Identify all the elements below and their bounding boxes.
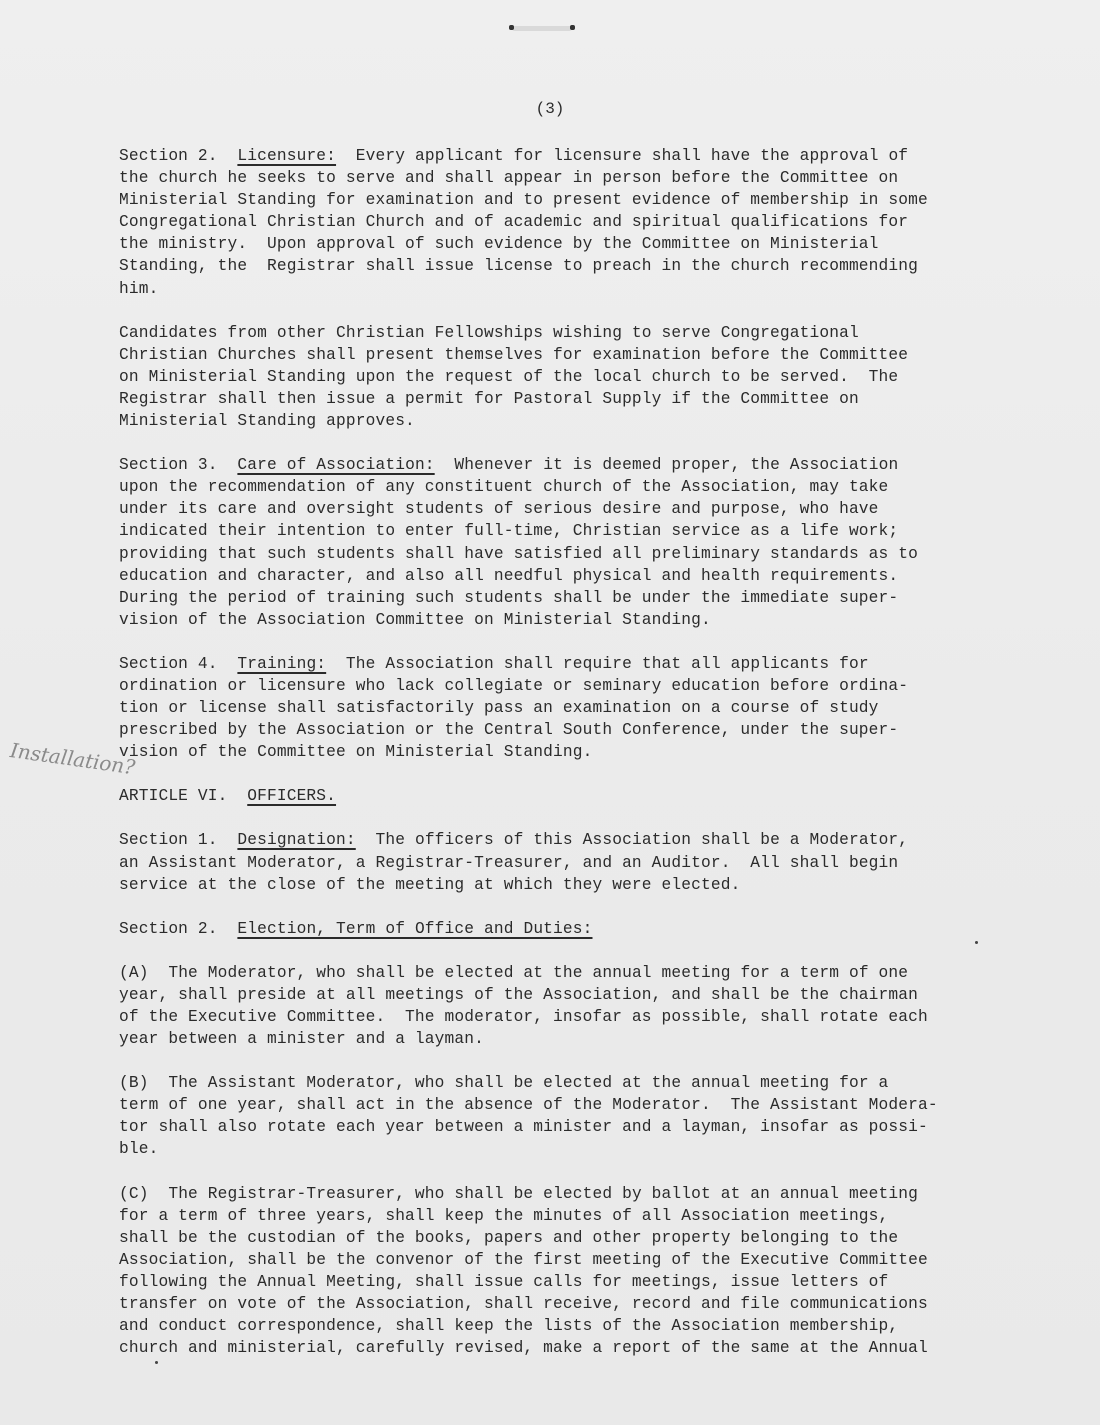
text-line: indicated their intention to enter full-… [119,520,1039,542]
text-line-content: Every applicant for licensure shall have… [356,147,908,165]
text-line: year between a minister and a layman. [119,1028,1039,1050]
text-line: year, shall preside at all meetings of t… [119,984,1039,1006]
text-line: Christian Churches shall present themsel… [119,344,1039,366]
text-line: of the Executive Committee. The moderato… [119,1006,1039,1028]
text-line: ble. [119,1138,1039,1160]
text-line-content: term of one year, shall act in the absen… [119,1096,938,1114]
text-line: (B) The Assistant Moderator, who shall b… [119,1072,1039,1094]
text-line-content: year, shall preside at all meetings of t… [119,986,918,1004]
section-paragraph: (C) The Registrar-Treasurer, who shall b… [119,1183,1039,1360]
text-line-content: Registrar shall then issue a permit for … [119,390,859,408]
text-line: Registrar shall then issue a permit for … [119,388,1039,410]
text-line: ordination or licensure who lack collegi… [119,675,1039,697]
text-line: transfer on vote of the Association, sha… [119,1293,1039,1315]
text-line-content: year between a minister and a layman. [119,1030,484,1048]
text-line-content: Ministerial Standing for examination and… [119,191,928,209]
document-page: (3) Section 2. Licensure: Every applican… [0,0,1100,1425]
speck [975,941,978,944]
text-line-content: Congregational Christian Church and of a… [119,213,908,231]
text-line: Ministerial Standing approves. [119,410,1039,432]
article-heading: ARTICLE VI. OFFICERS. [119,785,1039,807]
section-label: (C) [119,1185,149,1203]
section-paragraph: Section 4. Training: The Association sha… [119,653,1039,763]
text-line-content: vision of the Association Committee on M… [119,611,711,629]
text-line: vision of the Association Committee on M… [119,609,1039,631]
section-label: (A) [119,964,149,982]
section-paragraph: Candidates from other Christian Fellowsh… [119,322,1039,432]
text-line-content: indicated their intention to enter full-… [119,522,898,540]
section-title: Care of Association: [237,456,434,474]
text-line-content: The Registrar-Treasurer, who shall be el… [168,1185,918,1203]
text-line-content: for a term of three years, shall keep th… [119,1207,888,1225]
text-line: for a term of three years, shall keep th… [119,1205,1039,1227]
text-line-content: The officers of this Association shall b… [376,831,909,849]
text-line: an Assistant Moderator, a Registrar-Trea… [119,852,1039,874]
page-number: (3) [0,100,1100,118]
text-line: tion or license shall satisfactorily pas… [119,697,1039,719]
text-line-content: church and ministerial, carefully revise… [119,1339,928,1357]
section-paragraph: (A) The Moderator, who shall be elected … [119,962,1039,1050]
text-line-content: shall be the custodian of the books, pap… [119,1229,898,1247]
text-line: service at the close of the meeting at w… [119,874,1039,896]
text-line-content: ordination or licensure who lack collegi… [119,677,908,695]
text-line: During the period of training such stude… [119,587,1039,609]
section-label: Section 1. [119,831,218,849]
text-line: shall be the custodian of the books, pap… [119,1227,1039,1249]
text-line: providing that such students shall have … [119,543,1039,565]
text-line-content: of the Executive Committee. The moderato… [119,1008,928,1026]
text-line-content: tion or license shall satisfactorily pas… [119,699,879,717]
text-line: Association, shall be the convenor of th… [119,1249,1039,1271]
text-line-content: Candidates from other Christian Fellowsh… [119,324,859,342]
text-line-content: Standing, the Registrar shall issue lice… [119,257,918,275]
section-paragraph: Section 1. Designation: The officers of … [119,829,1039,895]
text-line: church and ministerial, carefully revise… [119,1337,1039,1359]
document-body: Section 2. Licensure: Every applicant fo… [119,145,1039,1381]
section-title: Training: [237,655,326,673]
section-label: (B) [119,1074,149,1092]
section-paragraph: (B) The Assistant Moderator, who shall b… [119,1072,1039,1160]
text-line: the ministry. Upon approval of such evid… [119,233,1039,255]
text-line-content: education and character, and also all ne… [119,567,898,585]
text-line-content: him. [119,280,158,298]
text-line: following the Annual Meeting, shall issu… [119,1271,1039,1293]
staple-mark [512,26,572,31]
text-line-content: tor shall also rotate each year between … [119,1118,928,1136]
text-line-content: an Assistant Moderator, a Registrar-Trea… [119,854,898,872]
text-line-content: Whenever it is deemed proper, the Associ… [454,456,898,474]
text-line-content: Association, shall be the convenor of th… [119,1251,928,1269]
text-line-content: providing that such students shall have … [119,545,918,563]
text-line-content: service at the close of the meeting at w… [119,876,740,894]
text-line-content: vision of the Committee on Ministerial S… [119,743,592,761]
handwritten-margin-note: Installation? [9,738,137,779]
text-line: term of one year, shall act in the absen… [119,1094,1039,1116]
text-line-content: transfer on vote of the Association, sha… [119,1295,928,1313]
text-line: Section 2. Licensure: Every applicant fo… [119,145,1039,167]
section-title: Licensure: [237,147,336,165]
article-title: OFFICERS. [247,787,336,805]
text-line: Section 1. Designation: The officers of … [119,829,1039,851]
text-line-content: Christian Churches shall present themsel… [119,346,908,364]
text-line-content: on Ministerial Standing upon the request… [119,368,898,386]
section-label: Section 2. [119,920,218,938]
text-line-content: ble. [119,1140,158,1158]
text-line: under its care and oversight students of… [119,498,1039,520]
text-line: Standing, the Registrar shall issue lice… [119,255,1039,277]
section-title: Designation: [237,831,355,849]
text-line-content: under its care and oversight students of… [119,500,879,518]
section-label: Section 4. [119,655,218,673]
section-paragraph: Section 2. Election, Term of Office and … [119,918,1039,940]
text-line-content: following the Annual Meeting, shall issu… [119,1273,888,1291]
text-line: tor shall also rotate each year between … [119,1116,1039,1138]
text-line-content: upon the recommendation of any constitue… [119,478,888,496]
text-line: vision of the Committee on Ministerial S… [119,741,1039,763]
section-label: Section 3. [119,456,218,474]
text-line: Congregational Christian Church and of a… [119,211,1039,233]
text-line: Section 3. Care of Association: Whenever… [119,454,1039,476]
section-paragraph: Section 3. Care of Association: Whenever… [119,454,1039,631]
article-vi-sections: Section 1. Designation: The officers of … [119,829,1039,1359]
text-line-content: The Moderator, who shall be elected at t… [168,964,908,982]
text-line-content: prescribed by the Association or the Cen… [119,721,898,739]
text-line: education and character, and also all ne… [119,565,1039,587]
text-line: prescribed by the Association or the Cen… [119,719,1039,741]
text-line-content: and conduct correspondence, shall keep t… [119,1317,898,1335]
text-line: (C) The Registrar-Treasurer, who shall b… [119,1183,1039,1205]
text-line: Candidates from other Christian Fellowsh… [119,322,1039,344]
text-line: Ministerial Standing for examination and… [119,189,1039,211]
text-line-content: Ministerial Standing approves. [119,412,415,430]
text-line-content: The Assistant Moderator, who shall be el… [168,1074,888,1092]
text-line-content: The Association shall require that all a… [346,655,869,673]
text-line: upon the recommendation of any constitue… [119,476,1039,498]
text-line: and conduct correspondence, shall keep t… [119,1315,1039,1337]
article-v-sections: Section 2. Licensure: Every applicant fo… [119,145,1039,763]
text-line-content: the ministry. Upon approval of such evid… [119,235,879,253]
text-line-content: During the period of training such stude… [119,589,898,607]
text-line: him. [119,278,1039,300]
speck [155,1361,158,1364]
text-line: Section 2. Election, Term of Office and … [119,918,1039,940]
section-title: Election, Term of Office and Duties: [237,920,592,938]
text-line: Section 4. Training: The Association sha… [119,653,1039,675]
article-label: ARTICLE VI. [119,787,228,805]
text-line-content: the church he seeks to serve and shall a… [119,169,898,187]
text-line: the church he seeks to serve and shall a… [119,167,1039,189]
text-line: on Ministerial Standing upon the request… [119,366,1039,388]
section-label: Section 2. [119,147,218,165]
text-line: (A) The Moderator, who shall be elected … [119,962,1039,984]
section-paragraph: Section 2. Licensure: Every applicant fo… [119,145,1039,300]
